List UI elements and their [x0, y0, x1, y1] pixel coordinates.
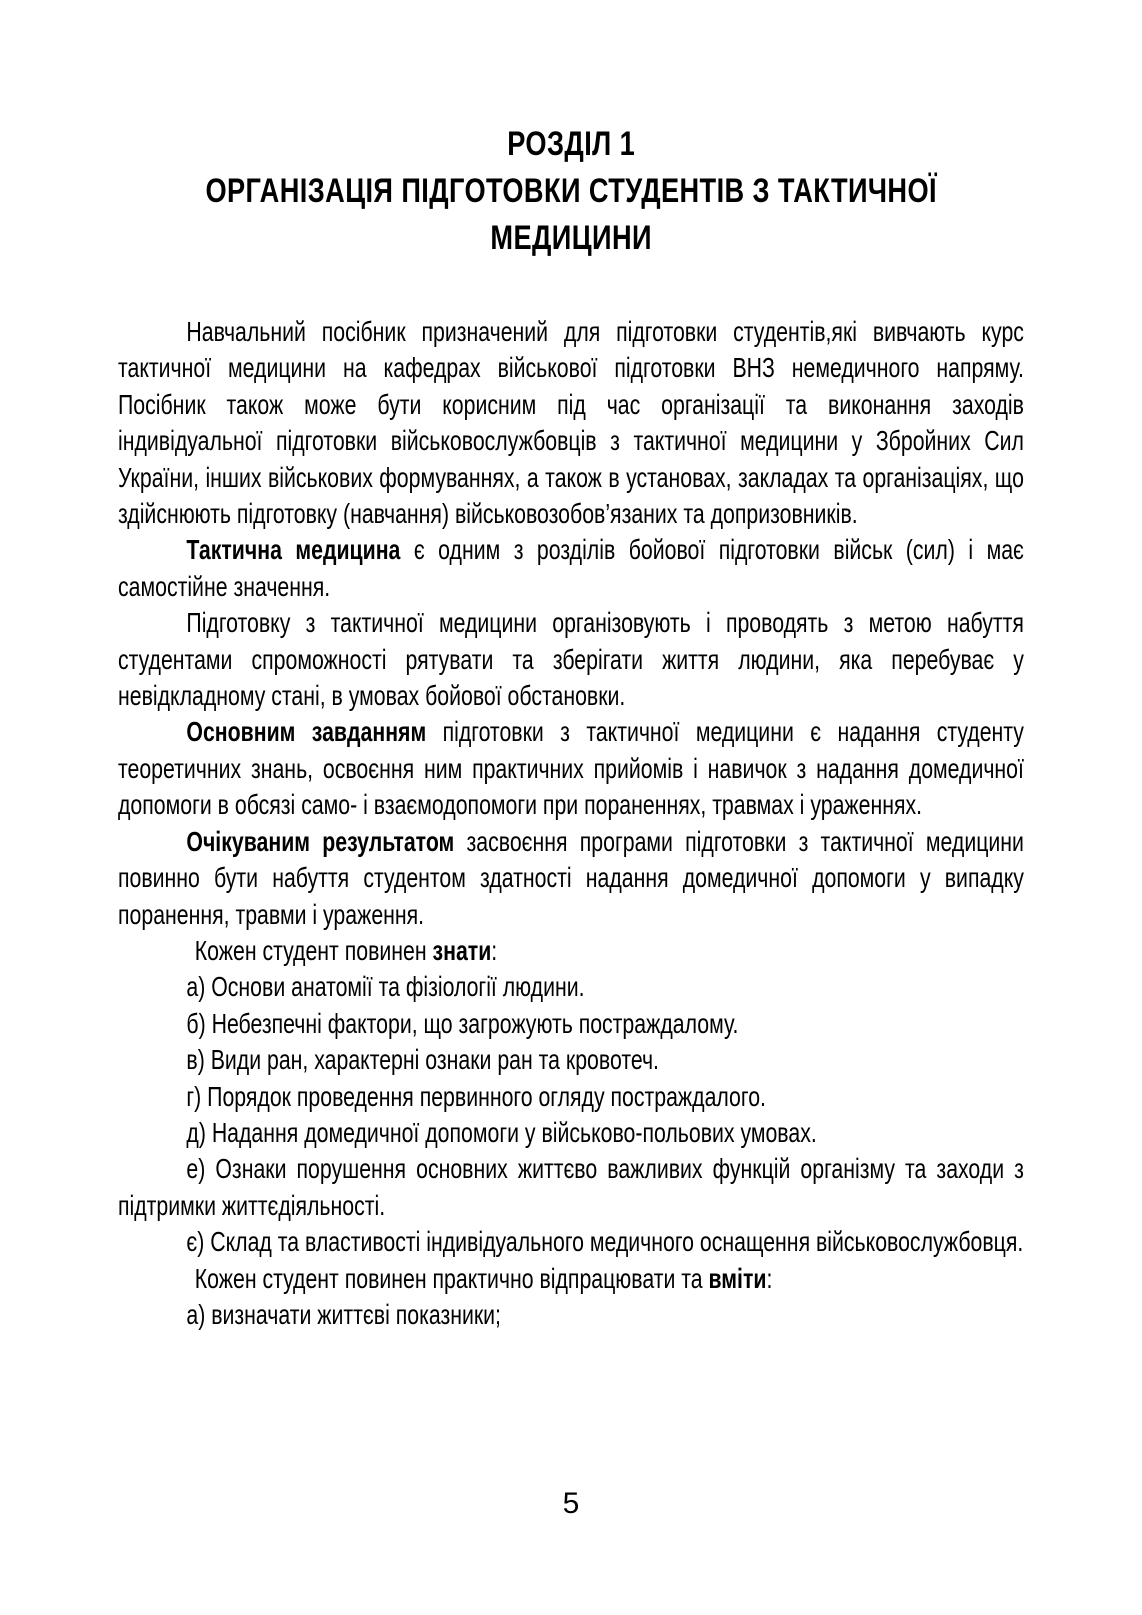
know-intro-text: Кожен студент повинен: [195, 935, 433, 966]
chapter-title-line-1: ОРГАНІЗАЦІЯ ПІДГОТОВКИ СТУДЕНТІВ З ТАКТИ…: [118, 168, 1024, 215]
know-item-a: а) Основи анатомії та фізіології людини.: [118, 969, 1024, 1005]
paragraph-intro: Навчальний посібник призначений для підг…: [118, 314, 1024, 532]
page-number: 5: [0, 1486, 1142, 1522]
chapter-number: РОЗДІЛ 1: [118, 121, 1024, 168]
paragraph-expected-result: Очікуваним результатом засвоєння програм…: [118, 824, 1024, 933]
bold-term-expected-result: Очікуваним результатом: [186, 826, 454, 857]
chapter-heading: РОЗДІЛ 1 ОРГАНІЗАЦІЯ ПІДГОТОВКИ СТУДЕНТІ…: [118, 121, 1024, 262]
bold-term-tactical-medicine: Тактична медицина: [186, 534, 400, 565]
paragraph-main-task: Основним завданням підготовки з тактично…: [118, 714, 1024, 823]
skills-section-intro: Кожен студент повинен практично відпрацю…: [118, 1261, 1024, 1297]
body-text: Навчальний посібник призначений для підг…: [118, 314, 1024, 1333]
know-item-h: г) Порядок проведення первинного огляду …: [118, 1079, 1024, 1115]
skills-intro-text: Кожен студент повинен практично відпрацю…: [195, 1263, 709, 1294]
skills-item-a: а) визначати життєві показники;: [118, 1297, 1024, 1333]
know-item-d: д) Надання домедичної допомоги у військо…: [118, 1115, 1024, 1151]
know-item-ye: є) Склад та властивості індивідуального …: [118, 1224, 1024, 1260]
know-intro-colon: :: [491, 935, 497, 966]
know-section-intro: Кожен студент повинен знати:: [118, 933, 1024, 969]
chapter-title-line-2: МЕДИЦИНИ: [118, 215, 1024, 262]
bold-term-know: знати: [433, 935, 492, 966]
know-item-b: б) Небезпечні фактори, що загрожують пос…: [118, 1006, 1024, 1042]
paragraph-training-goal: Підготовку з тактичної медицини організо…: [118, 605, 1024, 714]
skills-intro-colon: :: [766, 1263, 772, 1294]
know-item-v: в) Види ран, характерні ознаки ран та кр…: [118, 1042, 1024, 1078]
bold-term-able: вміти: [708, 1263, 766, 1294]
know-item-e: е) Ознаки порушення основних життєво важ…: [118, 1151, 1024, 1224]
paragraph-tactical-medicine: Тактична медицина є одним з розділів бой…: [118, 532, 1024, 605]
bold-term-main-task: Основним завданням: [186, 716, 426, 747]
document-page: РОЗДІЛ 1 ОРГАНІЗАЦІЯ ПІДГОТОВКИ СТУДЕНТІ…: [0, 0, 1142, 1615]
